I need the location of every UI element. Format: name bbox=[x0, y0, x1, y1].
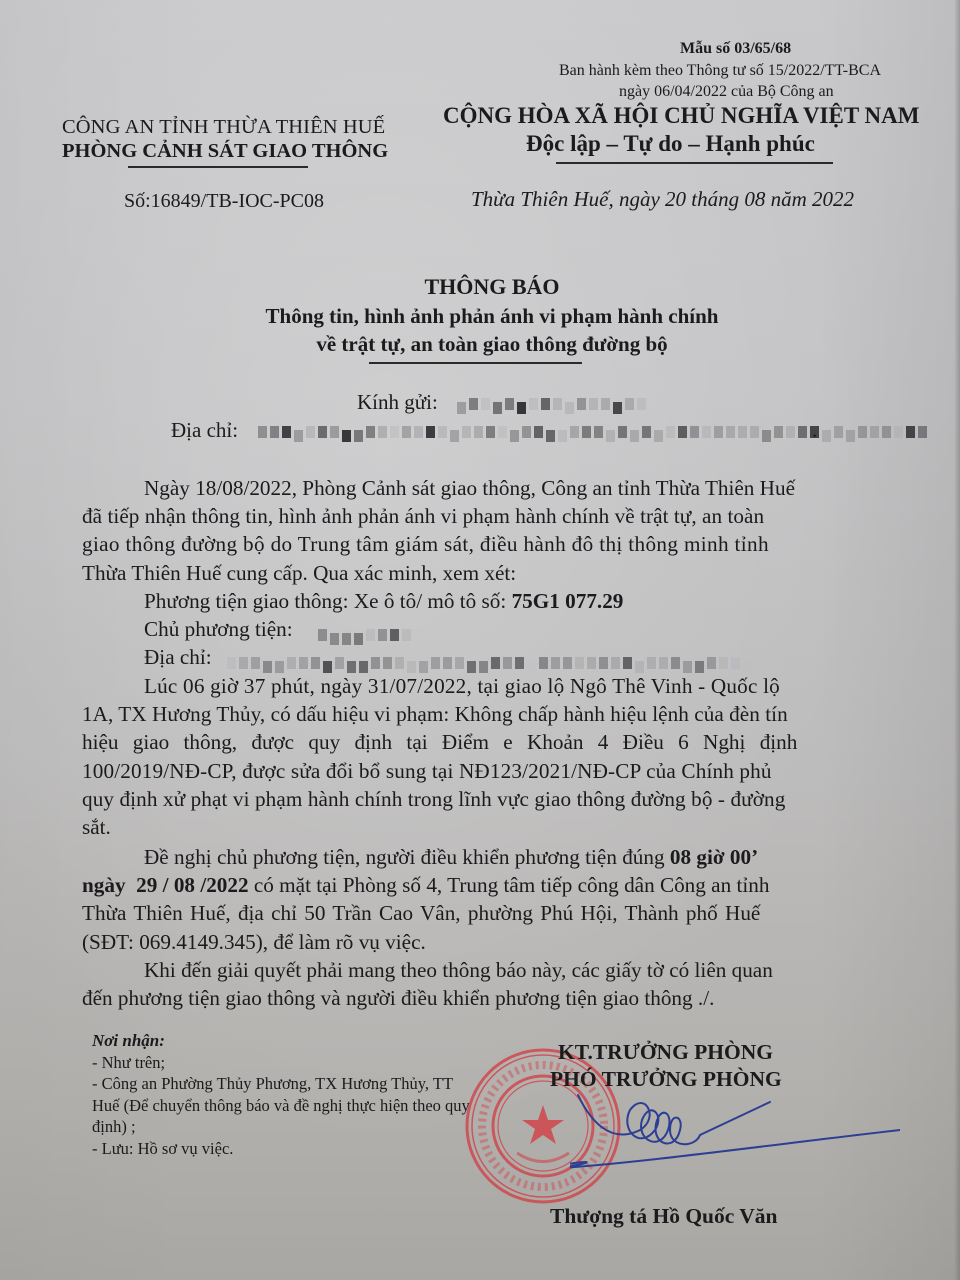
violation-line: quy định xử phạt vi phạm hành chính tron… bbox=[82, 785, 900, 813]
paper-edge bbox=[954, 0, 960, 1280]
redaction-pixel bbox=[239, 657, 248, 669]
redaction-pixel bbox=[738, 426, 747, 438]
owner-label: Chủ phương tiện: bbox=[144, 617, 293, 641]
request-line: (SĐT: 069.4149.345), để làm rõ vụ việc. bbox=[82, 928, 900, 956]
appointment-date-label: ngày bbox=[82, 873, 126, 897]
redaction-pixel bbox=[491, 657, 500, 669]
redaction-pixel bbox=[390, 426, 399, 438]
redaction-pixel bbox=[251, 657, 260, 669]
redaction-pixel bbox=[330, 426, 339, 438]
redaction-pixel bbox=[654, 430, 663, 442]
parent-agency: CÔNG AN TỈNH THỪA THIÊN HUẾ bbox=[62, 116, 385, 139]
violation-line: 100/2019/NĐ-CP, được sửa đổi bổ sung tại… bbox=[82, 757, 900, 785]
vehicle-label: Phương tiện giao thông: Xe ô tô/ mô tô s… bbox=[144, 589, 512, 613]
redaction-pixel bbox=[678, 426, 687, 438]
recipient-item: - Lưu: Hồ sơ vụ việc. bbox=[92, 1138, 472, 1160]
department-underline bbox=[128, 166, 308, 168]
redaction-pixel bbox=[354, 633, 363, 645]
redaction-pixel bbox=[457, 402, 466, 414]
redaction-pixel bbox=[306, 426, 315, 438]
redaction-pixel bbox=[505, 398, 514, 410]
redaction-pixel bbox=[858, 426, 867, 438]
redaction-pixel bbox=[510, 430, 519, 442]
appointment-time: 08 giờ 00’ bbox=[670, 845, 758, 869]
violation-line: 1A, TX Hương Thủy, có dấu hiệu vi phạm: … bbox=[82, 700, 900, 728]
redaction-pixel bbox=[378, 629, 387, 641]
vehicle-plate: 75G1 077.29 bbox=[512, 589, 624, 613]
vehicle-line: Phương tiện giao thông: Xe ô tô/ mô tô s… bbox=[82, 587, 900, 615]
closing-line: đến phương tiện giao thông và người điều… bbox=[82, 984, 900, 1012]
motto-underline bbox=[556, 162, 833, 164]
nation-name: CỘNG HÒA XÃ HỘI CHỦ NGHĨA VIỆT NAM bbox=[443, 103, 919, 129]
redaction-pixel bbox=[642, 426, 651, 438]
request-line: ngày 29 / 08 /2022 có mặt tại Phòng số 4… bbox=[82, 871, 900, 899]
redaction-pixel bbox=[486, 426, 495, 438]
redaction-pixel bbox=[690, 426, 699, 438]
redaction-pixel bbox=[719, 657, 728, 669]
recipient-item: - Công an Phường Thủy Phương, TX Hương T… bbox=[92, 1073, 472, 1138]
owner-redaction bbox=[318, 625, 411, 645]
redaction-pixel bbox=[786, 426, 795, 438]
subtitle-underline bbox=[369, 362, 582, 364]
intro-line: Thừa Thiên Huế cung cấp. Qua xác minh, x… bbox=[82, 559, 900, 587]
redaction-pixel bbox=[582, 426, 591, 438]
redaction-pixel bbox=[443, 657, 452, 669]
redaction-pixel bbox=[714, 426, 723, 438]
request-location: có mặt tại Phòng số 4, Trung tâm tiếp cô… bbox=[249, 873, 770, 897]
intro-line: đã tiếp nhận thông tin, hình ảnh phản án… bbox=[82, 502, 900, 530]
redaction-pixel bbox=[575, 657, 584, 669]
redaction-pixel bbox=[601, 398, 610, 410]
redaction-pixel bbox=[469, 398, 478, 410]
redaction-pixel bbox=[637, 398, 646, 410]
document-subtitle-line-1: Thông tin, hình ảnh phản ánh vi phạm hàn… bbox=[0, 304, 960, 329]
request-line: Đề nghị chủ phương tiện, người điều khiể… bbox=[82, 843, 900, 871]
redaction-pixel bbox=[870, 426, 879, 438]
redaction-pixel bbox=[529, 398, 538, 410]
redaction-pixel bbox=[414, 426, 423, 438]
redaction-pixel bbox=[503, 657, 512, 669]
redaction-pixel bbox=[606, 430, 615, 442]
redaction-pixel bbox=[431, 657, 440, 669]
redaction-pixel bbox=[270, 426, 279, 438]
redaction-pixel bbox=[282, 426, 291, 438]
redaction-pixel bbox=[613, 402, 622, 414]
redaction-pixel bbox=[558, 430, 567, 442]
closing-line: Khi đến giải quyết phải mang theo thông … bbox=[82, 956, 900, 984]
violation-line: hiệu giao thông, được quy định tại Điểm … bbox=[82, 728, 900, 756]
form-issued-line-2: ngày 06/04/2022 của Bộ Công an bbox=[619, 83, 834, 101]
redaction-pixel bbox=[462, 426, 471, 438]
redaction-pixel bbox=[553, 398, 562, 410]
redaction-pixel bbox=[611, 657, 620, 669]
redaction-pixel bbox=[565, 402, 574, 414]
intro-line: Ngày 18/08/2022, Phòng Cảnh sát giao thô… bbox=[82, 474, 900, 502]
appointment-date: 29 / 08 /2022 bbox=[136, 873, 248, 897]
redaction-pixel bbox=[589, 398, 598, 410]
redaction-pixel bbox=[522, 426, 531, 438]
redaction-pixel bbox=[493, 402, 502, 414]
signature-title-line-1: KT.TRƯỞNG PHÒNG bbox=[558, 1040, 773, 1065]
redaction-pixel bbox=[659, 657, 668, 669]
redaction-pixel bbox=[894, 426, 903, 438]
place-date: Thừa Thiên Huế, ngày 20 tháng 08 năm 202… bbox=[471, 187, 854, 212]
owner-line: Chủ phương tiện: bbox=[82, 615, 900, 643]
redaction-pixel bbox=[726, 426, 735, 438]
redaction-pixel bbox=[335, 657, 344, 669]
recipient-item: - Như trên; bbox=[92, 1052, 472, 1074]
redaction-pixel bbox=[258, 426, 267, 438]
redaction-pixel bbox=[798, 426, 807, 438]
redaction-pixel bbox=[354, 430, 363, 442]
owner-address-redaction bbox=[227, 653, 752, 673]
redaction-pixel bbox=[438, 426, 447, 438]
redaction-pixel bbox=[630, 430, 639, 442]
redaction-pixel bbox=[455, 657, 464, 669]
redaction-pixel bbox=[539, 657, 548, 669]
signer-name: Thượng tá Hồ Quốc Văn bbox=[550, 1204, 778, 1229]
redaction-pixel bbox=[534, 426, 543, 438]
redaction-pixel bbox=[390, 629, 399, 641]
redaction-pixel bbox=[402, 426, 411, 438]
redaction-pixel bbox=[366, 426, 375, 438]
redaction-pixel bbox=[311, 657, 320, 669]
request-paragraph: Đề nghị chủ phương tiện, người điều khiể… bbox=[82, 843, 900, 1012]
redaction-pixel bbox=[702, 426, 711, 438]
redaction-pixel bbox=[395, 657, 404, 669]
redaction-pixel bbox=[378, 426, 387, 438]
form-issued-line-1: Ban hành kèm theo Thông tư số 15/2022/TT… bbox=[559, 62, 881, 80]
redaction-pixel bbox=[834, 426, 843, 438]
redaction-pixel bbox=[474, 426, 483, 438]
redaction-pixel bbox=[594, 426, 603, 438]
redaction-pixel bbox=[647, 657, 656, 669]
redaction-pixel bbox=[774, 426, 783, 438]
redaction-pixel bbox=[498, 426, 507, 438]
redaction-pixel bbox=[371, 657, 380, 669]
address-period: . bbox=[812, 418, 817, 443]
redaction-pixel bbox=[762, 430, 771, 442]
redaction-pixel bbox=[227, 657, 236, 669]
redaction-pixel bbox=[330, 633, 339, 645]
redaction-pixel bbox=[366, 629, 375, 641]
redaction-pixel bbox=[570, 426, 579, 438]
redaction-pixel bbox=[577, 398, 586, 410]
handwritten-signature-icon bbox=[570, 1090, 900, 1170]
document-title: THÔNG BÁO bbox=[0, 274, 960, 300]
redaction-pixel bbox=[515, 657, 524, 669]
redaction-pixel bbox=[481, 398, 490, 410]
redaction-pixel bbox=[383, 657, 392, 669]
address-redaction bbox=[258, 422, 927, 442]
signature-title-line-2: PHÓ TRƯỞNG PHÒNG bbox=[550, 1067, 782, 1092]
redaction-pixel bbox=[625, 398, 634, 410]
redaction-pixel bbox=[918, 426, 927, 438]
redaction-pixel bbox=[546, 430, 555, 442]
recipients-heading: Nơi nhận: bbox=[92, 1030, 472, 1052]
intro-paragraph: Ngày 18/08/2022, Phòng Cảnh sát giao thô… bbox=[82, 474, 900, 671]
redaction-pixel bbox=[450, 430, 459, 442]
request-text: Đề nghị chủ phương tiện, người điều khiể… bbox=[144, 845, 670, 869]
redaction-pixel bbox=[517, 402, 526, 414]
redaction-pixel bbox=[318, 426, 327, 438]
redaction-pixel bbox=[541, 398, 550, 410]
intro-line: giao thông đường bộ do Trung tâm giám sá… bbox=[82, 530, 900, 558]
redaction-pixel bbox=[342, 430, 351, 442]
redaction-pixel bbox=[846, 430, 855, 442]
violation-line: sắt. bbox=[82, 813, 900, 841]
redaction-pixel bbox=[618, 426, 627, 438]
request-line: Thừa Thiên Huế, địa chỉ 50 Trần Cao Vân,… bbox=[82, 899, 900, 927]
redaction-pixel bbox=[599, 657, 608, 669]
redaction-pixel bbox=[671, 657, 680, 669]
recipient-redaction bbox=[457, 394, 646, 414]
redaction-pixel bbox=[906, 426, 915, 438]
redaction-pixel bbox=[551, 657, 560, 669]
redaction-pixel bbox=[563, 657, 572, 669]
redaction-pixel bbox=[707, 657, 716, 669]
redaction-pixel bbox=[402, 629, 411, 641]
document-number: Số:16849/TB-IOC-PC08 bbox=[124, 190, 324, 213]
redaction-pixel bbox=[587, 657, 596, 669]
violation-paragraph: Lúc 06 giờ 37 phút, ngày 31/07/2022, tại… bbox=[82, 672, 900, 841]
address-label: Địa chỉ: bbox=[171, 418, 238, 443]
document-subtitle-line-2: về trật tự, an toàn giao thông đường bộ bbox=[0, 332, 960, 357]
owner-address-label: Địa chỉ: bbox=[144, 645, 212, 669]
redaction-pixel bbox=[666, 426, 675, 438]
recipient-label: Kính gửi: bbox=[357, 390, 438, 415]
redaction-pixel bbox=[318, 629, 327, 641]
redaction-pixel bbox=[426, 426, 435, 438]
redaction-pixel bbox=[287, 657, 296, 669]
redaction-pixel bbox=[882, 426, 891, 438]
redaction-pixel bbox=[299, 657, 308, 669]
redaction-pixel bbox=[750, 426, 759, 438]
violation-line: Lúc 06 giờ 37 phút, ngày 31/07/2022, tại… bbox=[82, 672, 900, 700]
redaction-pixel bbox=[731, 657, 740, 669]
redaction-pixel bbox=[294, 430, 303, 442]
redaction-pixel bbox=[342, 633, 351, 645]
department-name: PHÒNG CẢNH SÁT GIAO THÔNG bbox=[62, 140, 388, 163]
redaction-pixel bbox=[623, 657, 632, 669]
redaction-pixel bbox=[822, 430, 831, 442]
recipients-list: Nơi nhận: - Như trên; - Công an Phường T… bbox=[92, 1030, 472, 1159]
national-motto: Độc lập – Tự do – Hạnh phúc bbox=[526, 131, 815, 157]
form-number: Mẫu số 03/65/68 bbox=[680, 40, 791, 58]
